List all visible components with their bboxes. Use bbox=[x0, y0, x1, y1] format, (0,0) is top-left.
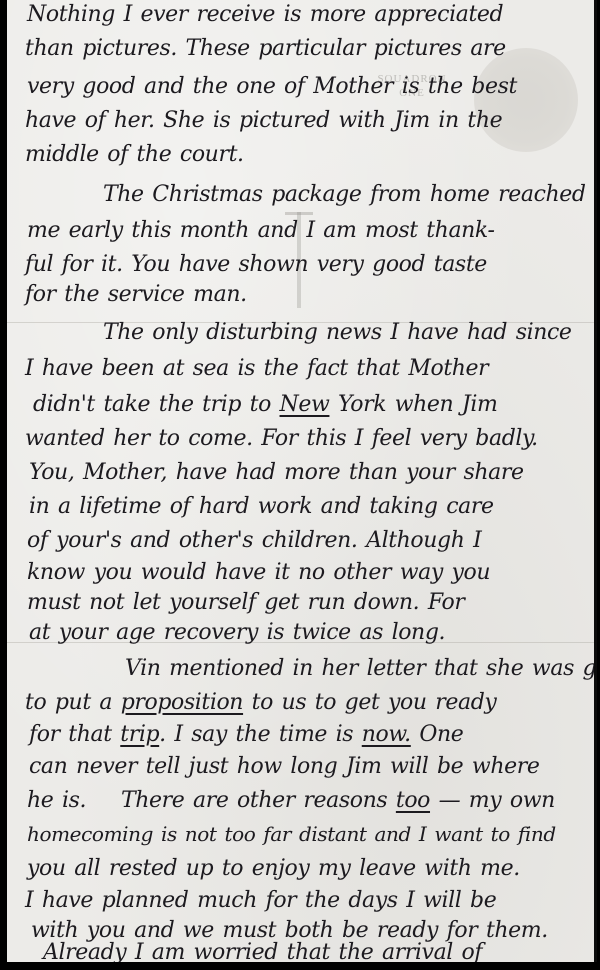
letter-line: middle of the court. bbox=[25, 142, 244, 167]
underlined-word: now. bbox=[362, 722, 411, 747]
letter-line: can never tell just how long Jim will be… bbox=[29, 754, 539, 779]
letter-line: Nothing I ever receive is more appreciat… bbox=[27, 2, 503, 27]
underlined-word: New bbox=[280, 392, 330, 417]
letter-line: didn't take the trip to New York when Ji… bbox=[33, 392, 497, 417]
letter-line: The only disturbing news I have had sinc… bbox=[103, 320, 572, 345]
letter-line: very good and the one of Mother is the b… bbox=[27, 74, 517, 99]
letter-line: ful for it. You have shown very good tas… bbox=[25, 252, 487, 277]
scan-edge bbox=[594, 0, 597, 962]
letter-page: SQUADRON ONE Nothing I ever receive is m… bbox=[7, 0, 597, 962]
letter-line: I have planned much for the days I will … bbox=[25, 888, 496, 913]
letter-line: for the service man. bbox=[25, 282, 247, 307]
letter-line: in a lifetime of hard work and taking ca… bbox=[29, 494, 494, 519]
letter-line: have of her. She is pictured with Jim in… bbox=[25, 108, 502, 133]
letter-line: me early this month and I am most thank- bbox=[27, 218, 495, 243]
letter-line: you all rested up to enjoy my leave with… bbox=[27, 856, 520, 881]
letter-line-text: didn't take the trip to bbox=[33, 392, 280, 417]
letter-line: I have been at sea is the fact that Moth… bbox=[25, 356, 488, 381]
letter-line: for that trip. I say the time is now. On… bbox=[29, 722, 463, 747]
letter-line: The Christmas package from home reached bbox=[103, 182, 586, 207]
underlined-word: too bbox=[396, 788, 430, 813]
letter-line: Vin mentioned in her letter that she was… bbox=[125, 656, 597, 681]
bleed-through-seal bbox=[474, 48, 578, 152]
letter-line: You, Mother, have had more than your sha… bbox=[29, 460, 524, 485]
underlined-word: trip bbox=[120, 722, 159, 747]
letter-line: wanted her to come. For this I feel very… bbox=[25, 426, 538, 451]
letter-line: he is. bbox=[27, 788, 86, 813]
letter-line: than pictures. These particular pictures… bbox=[25, 36, 506, 61]
underlined-word: proposition bbox=[121, 690, 243, 715]
letter-line: homecoming is not too far distant and I … bbox=[27, 822, 556, 846]
letter-line: There are other reasons too — my own bbox=[121, 788, 555, 813]
letter-line: at your age recovery is twice as long. bbox=[29, 620, 445, 645]
letter-line: know you would have it no other way you bbox=[27, 560, 490, 585]
letter-line: Already I am worried that the arrival of bbox=[43, 940, 482, 962]
letter-line: of your's and other's children. Although… bbox=[27, 528, 481, 553]
letter-line: to put a proposition to us to get you re… bbox=[25, 690, 496, 715]
letter-line: must not let yourself get run down. For bbox=[27, 590, 464, 615]
